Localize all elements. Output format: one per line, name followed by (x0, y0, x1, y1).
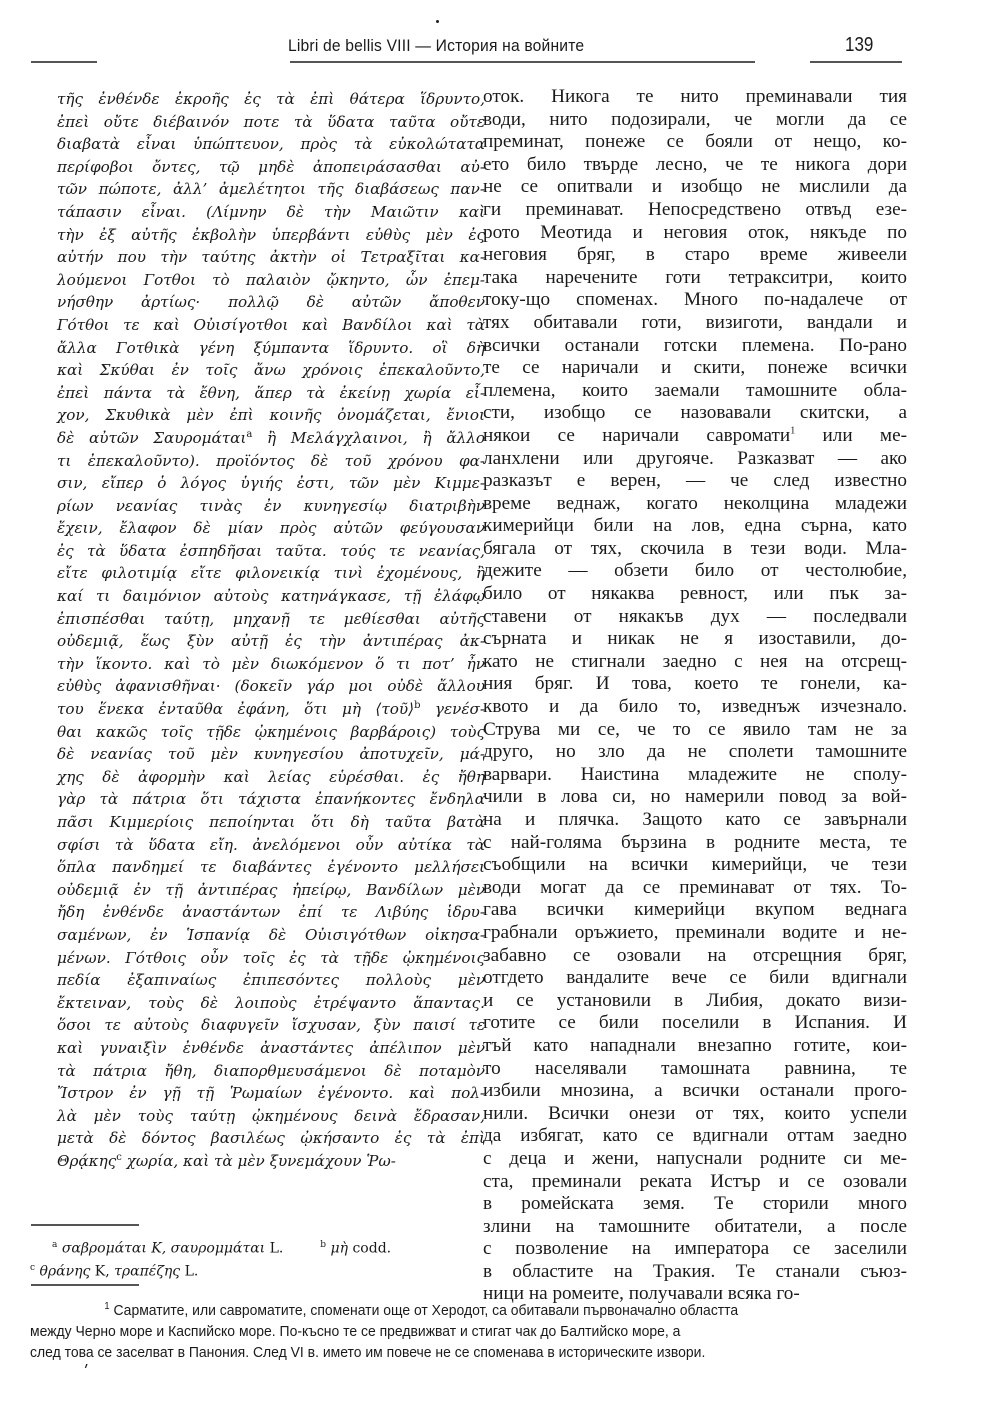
line-text: на и плячка. Защото като се завърнали (483, 809, 907, 830)
text-line: μένων. Γότθοις οὖν τοῖς ἐς τὰ τῇδε ᾠκημέ… (57, 947, 485, 970)
line-text: νήσθην ἀρτίως· πολλῷ δὲ αὐτῶν ἄποθεν (57, 293, 485, 311)
line-text: του ἕνεκα ἐνταῦθα ἐφάνη, ὅτι μὴ ⟨τοῦ⟩ (57, 700, 414, 718)
line-text: води, нито подозирали, че могли да се (483, 109, 907, 130)
footnote-rule (31, 1284, 139, 1286)
text-line: σιν, εἴπερ ὁ λόγος ὑγιής ἐστι, τῶν μὲν Κ… (57, 472, 485, 495)
line-text: πᾶσι Κιμμερίοις πεποίηνται ὅτι δὴ ταῦτα … (57, 813, 485, 831)
line-text: ланхлени или другояче. Разказват — ако (483, 448, 907, 469)
text-line: тъй като нападнали внезапно готите, кои- (483, 1035, 907, 1058)
apparatus-line-1: a σαβρομάται K, σαυρομμάται L. b μὴ codd… (30, 1236, 480, 1259)
line-text: ето било твърде лесно, че те никога дори (483, 154, 907, 175)
manuscript-siglum: codd. (348, 1241, 391, 1257)
manuscript-siglum: L. (265, 1241, 283, 1257)
text-line: γὰρ τὰ πάτρια ὅτι τάχιστα ἐπανήκοντες ἔν… (57, 788, 485, 811)
line-text: Γότθοι τε καὶ Οὐισίγοτθοι καὶ Βανδίλοι κ… (57, 316, 485, 334)
line-text: τῆς ἐνθένδε ἐκροῆς ἐς τὰ ἐπὶ θάτερα ἵδρυ… (57, 90, 485, 108)
header-rule-center (290, 61, 755, 63)
text-line: δὲ νεανίας τοῦ μὲν κυνηγεσίου ἀποτυχεῖν,… (57, 743, 485, 766)
line-text: μετὰ δὲ δόντος βασιλέως ᾠκήσαντο ἐς τὰ ἐ… (57, 1129, 485, 1147)
line-text: πεδία ἐξαπιναίως ἐπιπεσόντες πολλοὺς μὲν (57, 971, 485, 989)
text-line: Ἴστρον ἐν γῇ τῇ Ῥωμαίων ἐγένοντο. καὶ πο… (57, 1082, 485, 1105)
line-text: преминат, понеже се бояли от нещо, ко- (483, 131, 907, 152)
line-text: σιν, εἴπερ ὁ λόγος ὑγιής ἐστι, τῶν μὲν Κ… (57, 474, 485, 492)
line-text: αὐτήν που τὴν ταύτης ἀκτὴν οἱ Τετραξῖται… (57, 248, 485, 266)
text-line: кимерийци били на лов, една сърна, като (483, 515, 907, 538)
translator-footnote: 1 Сарматите, или савроматите, споменати … (30, 1296, 848, 1363)
line-text: σφίσι τὰ ὕδατα εἴη. ἀνελόμενοι οὖν αὐτίκ… (57, 836, 485, 854)
text-line: Γότθοι τε καὶ Οὐισίγοτθοι καὶ Βανδίλοι κ… (57, 314, 485, 337)
line-text: забавно се озовали на отсрещния бряг, (483, 945, 907, 966)
line-text: τὴν ἵκοντο. καὶ τὸ μὲν διωκόμενον ὅ τι π… (57, 655, 485, 673)
text-line: сти, изобщо се назовавали скитски, а (483, 402, 907, 425)
text-line: току-що споменах. Много по-надалече от (483, 289, 907, 312)
text-line: ἐπισπέσθαι ταύτῃ, μηχανῇ τε μεθίεσθαι αὐ… (57, 608, 485, 631)
line-text: ния бряг. И това, което те гонели, ка- (483, 673, 907, 694)
line-text: ἔχειν, ἔλαφον δὲ μίαν πρὸς αὐτῶν φεύγουσ… (57, 519, 485, 537)
line-text: γενέσ- (420, 700, 485, 718)
line-text: кимерийци били на лов, една сърна, като (483, 515, 907, 536)
line-text: δὲ αὐτῶν Σαυρομάται (57, 429, 246, 447)
header-rule-right (810, 61, 902, 63)
text-line: било от някаква ревност, или пък за- (483, 583, 907, 606)
line-text: тях обитавали готи, визиготи, вандали и (483, 312, 907, 333)
line-text: то населявали тамошната равнина, те (483, 1058, 907, 1079)
line-text: те се наричали и скити, понеже всички (483, 357, 907, 378)
line-text: τὴν ἐξ αὐτῆς ἐκβολὴν ὑπερβάντι εὐθὺς μὲν… (57, 226, 485, 244)
line-text: ἔκτειναν, τοὺς δὲ λοιποὺς ἐτρέψαντο ἅπαν… (57, 994, 485, 1012)
text-line: καί τι δαιμόνιον αὐτοὺς κατηνάγκασε, τῇ … (57, 585, 485, 608)
apparatus-line-2: c θράνης K, τραπέζης L. (30, 1259, 480, 1282)
line-text: ги преминават. Непосредствено отвъд езе- (483, 199, 907, 220)
line-text: ста, преминали реката Истър и се озовали (483, 1171, 907, 1192)
line-text: друго, но зло да не сполети тамошните (483, 741, 907, 762)
line-text: като не стигнали заедно с нея на отсрещ- (483, 651, 907, 672)
text-line: πεδία ἐξαπιναίως ἐπιπεσόντες πολλοὺς μὲν (57, 969, 485, 992)
text-line: τὰ πάτρια ἤθη, διαπορθμευσάμενοι δὲ ποτα… (57, 1060, 485, 1083)
line-text: Θρᾴκης (57, 1152, 116, 1170)
text-line: съобщили на всички кимерийци, че тези (483, 854, 907, 877)
text-line: разказът е верен, — че след известно (483, 470, 907, 493)
variant-reading: μὴ (331, 1241, 349, 1257)
line-text: καὶ γυναιξὶν ἐνθένδε ἀναστάντες ἀπέλιπον… (57, 1039, 485, 1057)
line-text: μένων. Γότθοις οὖν τοῖς ἐς τὰ τῇδε ᾠκημέ… (57, 949, 485, 967)
book-page: Libri de bellis VIII — История на войнит… (0, 0, 1000, 1407)
text-line: те се наричали и скити, понеже всички (483, 357, 907, 380)
text-line: варвари. Наистина младежите не сполу- (483, 764, 907, 787)
text-line: ги преминават. Непосредствено отвъд езе- (483, 199, 907, 222)
text-line: καὶ Σκύθαι ἐν τοῖς ἄνω χρόνοις ἐπεκαλοῦν… (57, 359, 485, 382)
text-line: οὐδεμιᾷ, ἕως ξὺν αὐτῇ ἐς τὴν ἀντιπέρας ἀ… (57, 630, 485, 653)
text-line: друго, но зло да не сполети тамошните (483, 741, 907, 764)
line-text: τάπασιν εἶναι. (Λίμνην δὲ τὴν Μαιῶτιν κα… (57, 203, 485, 221)
line-text: варвари. Наистина младежите не сполу- (483, 764, 907, 785)
text-line: τάπασιν εἶναι. (Λίμνην δὲ τὴν Μαιῶτιν κα… (57, 201, 485, 224)
manuscript-siglum: K, (90, 1263, 109, 1279)
apparatus-marker-c: c (30, 1263, 35, 1273)
text-line: води, нито подозирали, че могли да се (483, 109, 907, 132)
variant-reading: σαβρομάται (62, 1241, 147, 1257)
line-text: χης δὲ ἀφορμὴν καὶ λείας εὑρέσθαι. ἐς ἤθ… (57, 768, 485, 786)
text-line: σαμένων, ἐν Ἱσπανίᾳ δὲ Οὐισιγότθων οἰκησ… (57, 924, 485, 947)
text-line: в ромейската земя. Те сторили много (483, 1193, 907, 1216)
text-line: πᾶσι Κιμμερίοις πεποίηνται ὅτι δὴ ταῦτα … (57, 811, 485, 834)
page-number: 139 (845, 34, 873, 57)
text-line: ἐπεὶ οὔτε διέβαινόν ποτε τὰ ὕδατα ταῦτα … (57, 111, 485, 134)
text-line: Θρᾴκηςc χωρία, καὶ τὰ μὲν ξυνεμάχουν Ῥω- (57, 1150, 485, 1173)
text-line: ἐς τὰ ὕδατα ἐσπηδῆσαι ταῦτα. τούς τε νεα… (57, 540, 485, 563)
text-line: дежите — обзети било от честолюбие, (483, 560, 907, 583)
text-line: ния бряг. И това, което те гонели, ка- (483, 673, 907, 696)
line-text: съобщили на всички кимерийци, че тези (483, 854, 907, 875)
text-line: оток. Никога те нито преминавали тия (483, 86, 907, 109)
text-line: с позволение на императора се заселили (483, 1238, 907, 1261)
stray-print-mark: ʹ (84, 1362, 88, 1381)
text-line: νήσθην ἀρτίως· πολλῷ δὲ αὐτῶν ἄποθεν (57, 291, 485, 314)
text-line: на и плячка. Защото като се завърнали (483, 809, 907, 832)
text-line: като не стигнали заедно с нея на отсрещ- (483, 651, 907, 674)
line-text: чили в лова си, но намерили повод за вой… (483, 786, 907, 807)
line-text: περίφοβοι ὄντες, τῷ μηδὲ ἀποπειράσασθαι … (57, 158, 485, 176)
text-line: λὰ μὲν τοὺς ταύτῃ ᾠκημένους δεινὰ ἔδρασα… (57, 1105, 485, 1128)
text-line: τῶν πώποτε, ἀλλ’ ἀμελέτητοι τῆς διαβάσεω… (57, 178, 485, 201)
header-rule-left (31, 61, 97, 63)
text-line: време веднаж, когато неколцина младежи (483, 493, 907, 516)
line-text: така наречените готи тетракситри, които (483, 267, 907, 288)
text-line: Струва ми се, че то се явило там не за (483, 719, 907, 742)
line-text: Струва ми се, че то се явило там не за (483, 719, 907, 740)
variant-reading: σαυρομμάται (166, 1241, 265, 1257)
line-text: готите се били поселили в Испания. И (483, 1012, 907, 1033)
text-line: τὴν ἵκοντο. καὶ τὸ μὲν διωκόμενον ὅ τι π… (57, 653, 485, 676)
line-text: ὅσοι τε αὐτοὺς διαφυγεῖν ἴσχυσαν, ξὺν πα… (57, 1016, 485, 1034)
line-text: Ἴστρον ἐν γῇ τῇ Ῥωμαίων ἐγένοντο. καὶ πο… (57, 1084, 485, 1102)
variant-reading: τραπέζης (110, 1263, 180, 1279)
line-text: εἴτε φιλοτιμίᾳ εἴτε φιλονεικίᾳ τινὶ ἐχομ… (57, 564, 485, 582)
text-line: περίφοβοι ὄντες, τῷ μηδὲ ἀποπειράσασθαι … (57, 156, 485, 179)
text-line: χον, Σκυθικὰ μὲν ἐπὶ κοινῆς ὀνομάζεται, … (57, 404, 485, 427)
line-text: и се установили в Либия, докато визи- (483, 990, 907, 1011)
line-text: καὶ Σκύθαι ἐν τοῖς ἄνω χρόνοις ἐπεκαλοῦν… (57, 361, 485, 379)
running-title: Libri de bellis VIII — История на войнит… (288, 36, 584, 56)
text-line: бягала от тях, скочила в тези води. Мла- (483, 538, 907, 561)
text-line: θαι κακῶς τοῖς τῇδε ᾠκημένοις βαρβάροις)… (57, 721, 485, 744)
text-line: отгдето вандалите вече се били вдигнали (483, 967, 907, 990)
footnote-line-1: 1 Сарматите, или савроматите, споменати … (30, 1296, 848, 1321)
apparatus-rule-top (31, 1224, 139, 1226)
text-line: забавно се озовали на отсрещния бряг, (483, 945, 907, 968)
text-line: ὅσοι τε αὐτοὺς διαφυγεῖν ἴσχυσαν, ξὺν πα… (57, 1014, 485, 1037)
apparatus-ref-c: c (116, 1152, 122, 1163)
text-line: τι ἐπεκαλοῦντο). προϊόντος δὲ τοῦ χρόνου… (57, 450, 485, 473)
line-text: ἐς τὰ ὕδατα ἐσπηδῆσαι ταῦτα. τούς τε νεα… (57, 542, 485, 560)
text-line: гава всички кимерийци вкупом веднага (483, 899, 907, 922)
apparatus-marker-a: a (52, 1240, 57, 1250)
line-text: θαι κακῶς τοῖς τῇδε ᾠκημένοις βαρβάροις)… (57, 723, 485, 741)
text-line: готите се били поселили в Испания. И (483, 1012, 907, 1035)
text-line: δὲ αὐτῶν Σαυρομάταιa ἢ Μελάγχλαινοι, ἢ ἄ… (57, 427, 485, 450)
line-text: рото Меотида и неговия оток, някъде по (483, 222, 907, 243)
line-text: οὐδεμιᾷ ἐν τῇ ἀντιπέρας ἠπείρῳ, Βανδίλων… (57, 881, 485, 899)
line-text: ἤδη ἐνθένδε ἀναστάντων ἐπί τε Λιβύης ἱδρ… (57, 903, 485, 921)
line-text: σαμένων, ἐν Ἱσπανίᾳ δὲ Οὐισιγότθων οἰκησ… (57, 926, 485, 944)
line-text: било от някаква ревност, или пък за- (483, 583, 907, 604)
line-text: гава всички кимерийци вкупом веднага (483, 899, 907, 920)
line-text: с деца и жени, напуснали родните си ме- (483, 1148, 907, 1169)
line-text: води могат да се преминават от тях. То- (483, 877, 907, 898)
text-line: и се установили в Либия, докато визи- (483, 990, 907, 1013)
line-text: дежите — обзети било от честолюбие, (483, 560, 907, 581)
text-line: διαβατὰ εἶναι ὑπώπτευον, πρὸς τὰ εὐκολώτ… (57, 133, 485, 156)
variant-reading: θράνης (40, 1263, 91, 1279)
text-line: то населявали тамошната равнина, те (483, 1058, 907, 1081)
text-line: сърната и никак не я изоставили, до- (483, 628, 907, 651)
text-line: ἤδη ἐνθένδε ἀναστάντων ἐπί τε Λιβύης ἱδρ… (57, 901, 485, 924)
text-line: грабнали оръжието, преминали водите и не… (483, 922, 907, 945)
text-line: някои се наричали савромати1 или ме- (483, 425, 907, 448)
footnote-text: Сарматите, или савроматите, споменати ощ… (110, 1302, 739, 1319)
line-text: τῶν πώποτε, ἀλλ’ ἀμελέτητοι τῆς διαβάσεω… (57, 180, 485, 198)
line-text: тъй като нападнали внезапно готите, кои- (483, 1035, 907, 1056)
text-line: ланхлени или другояче. Разказват — ако (483, 448, 907, 471)
text-line: чили в лова си, но намерили повод за вой… (483, 786, 907, 809)
text-line: всички останали готски племена. По-рано (483, 335, 907, 358)
text-line: εὐθὺς ἀφανισθῆναι· (δοκεῖν γάρ μοι οὐδὲ … (57, 675, 485, 698)
line-text: сърната и никак не я изоставили, до- (483, 628, 907, 649)
line-text: племена, които заемали тамошните обла- (483, 380, 907, 401)
line-text: λὰ μὲν τοὺς ταύτῃ ᾠκημένους δεινὰ ἔδρασα… (57, 1107, 485, 1125)
line-text: нили. Всички онези от тях, които успели (483, 1103, 907, 1124)
text-line: καὶ γυναιξὶν ἐνθένδε ἀναστάντες ἀπέλιπον… (57, 1037, 485, 1060)
text-line: ста, преминали реката Истър и се озовали (483, 1171, 907, 1194)
greek-text-column: τῆς ἐνθένδε ἐκροῆς ἐς τὰ ἐπὶ θάτερα ἵδρυ… (57, 88, 485, 1173)
line-text: избили мнозина, а всички останали прого- (483, 1080, 907, 1101)
text-line: ρίων νεανίας τινὰς ἐν κυνηγεσίῳ διατριβὴ… (57, 495, 485, 518)
text-line: племена, които заемали тамошните обла- (483, 380, 907, 403)
line-text: с позволение на императора се заселили (483, 1238, 907, 1259)
line-text: τὰ πάτρια ἤθη, διαπορθμευσάμενοι δὲ ποτα… (57, 1062, 485, 1080)
line-text: грабнали оръжието, преминали водите и не… (483, 922, 907, 943)
line-text: γὰρ τὰ πάτρια ὅτι τάχιστα ἐπανήκοντες ἔν… (57, 790, 485, 808)
line-text: τι ἐπεκαλοῦντο). προϊόντος δὲ τοῦ χρόνου… (57, 452, 485, 470)
text-line: тях обитавали готи, визиготи, вандали и (483, 312, 907, 335)
line-text: оток. Никога те нито преминавали тия (483, 86, 907, 107)
text-line: χης δὲ ἀφορμὴν καὶ λείας εὑρέσθαι. ἐς ἤθ… (57, 766, 485, 789)
line-text: διαβατὰ εἶναι ὑπώπτευον, πρὸς τὰ εὐκολώτ… (57, 135, 485, 153)
text-line: μετὰ δὲ δόντος βασιλέως ᾠκήσαντο ἐς τὰ ἐ… (57, 1127, 485, 1150)
text-line: οὐδεμιᾷ ἐν τῇ ἀντιπέρας ἠπείρῳ, Βανδίλων… (57, 879, 485, 902)
line-text: ρίων νεανίας τινὰς ἐν κυνηγεσίῳ διατριβὴ… (57, 497, 485, 515)
text-line: с деца и жени, напуснали родните си ме- (483, 1148, 907, 1171)
text-line: така наречените готи тетракситри, които (483, 267, 907, 290)
text-line: да избягат, като се вдигнали оттам заедн… (483, 1125, 907, 1148)
text-line: избили мнозина, а всички останали прого- (483, 1080, 907, 1103)
line-text: ὅπλα πανδημεί τε διαβάντες ἐγένοντο μελλ… (57, 858, 485, 876)
line-text: ἐπεὶ οὔτε διέβαινόν ποτε τὰ ὕδατα ταῦτα … (57, 113, 485, 131)
text-line: преминат, понеже се бояли от нещо, ко- (483, 131, 907, 154)
text-line: в областите на Тракия. Те станали съюз- (483, 1261, 907, 1284)
bulgarian-translation-column: оток. Никога те нито преминавали тияводи… (483, 86, 907, 1306)
line-text: εὐθὺς ἀφανισθῆναι· (δοκεῖν γάρ μοι οὐδὲ … (57, 677, 485, 695)
line-text: ἢ Μελάγχλαινοι, ἢ ἄλλο (252, 429, 485, 447)
text-line: αὐτήν που τὴν ταύτης ἀκτὴν οἱ Τετραξῖται… (57, 246, 485, 269)
text-line: неговия бряг, в старо време живеели (483, 244, 907, 267)
line-text: с най-голяма бързина в родните места, те (483, 832, 907, 853)
line-text: не се опитвали и изобщо не мислили да (483, 176, 907, 197)
text-line: ставени от някакъв дух — последвали (483, 606, 907, 629)
apparatus-marker-b: b (320, 1240, 326, 1250)
line-text: да избягат, като се вдигнали оттам заедн… (483, 1125, 907, 1146)
text-line: злини на тамошните обитатели, а после (483, 1216, 907, 1239)
line-text: отгдето вандалите вече се били вдигнали (483, 967, 907, 988)
line-text: сти, изобщо се назовавали скитски, а (483, 402, 907, 423)
line-text: злини на тамошните обитатели, а после (483, 1216, 907, 1237)
text-line: не се опитвали и изобщо не мислили да (483, 176, 907, 199)
critical-apparatus: a σαβρομάται K, σαυρομμάται L. b μὴ codd… (30, 1236, 480, 1281)
line-text: или ме- (795, 425, 907, 446)
footnote-line-3: след това се заселват в Панония. След VI… (30, 1342, 848, 1363)
text-line: τὴν ἐξ αὐτῆς ἐκβολὴν ὑπερβάντι εὐθὺς μὲν… (57, 224, 485, 247)
line-text: току-що споменах. Много по-надалече от (483, 289, 907, 310)
text-line: τῆς ἐνθένδε ἐκροῆς ἐς τὰ ἐπὶ θάτερα ἵδρυ… (57, 88, 485, 111)
print-dot (436, 20, 439, 23)
text-line: ἄλλα Γοτθικὰ γένη ξύμπαντα ἵδρυντο. οἳ δ… (57, 337, 485, 360)
text-line: рото Меотида и неговия оток, някъде по (483, 222, 907, 245)
line-text: всички останали готски племена. По-рано (483, 335, 907, 356)
line-text: οὐδεμιᾷ, ἕως ξὺν αὐτῇ ἐς τὴν ἀντιπέρας ἀ… (57, 632, 485, 650)
line-text: в областите на Тракия. Те станали съюз- (483, 1261, 907, 1282)
text-line: ето било твърде лесно, че те никога дори (483, 154, 907, 177)
text-line: води могат да се преминават от тях. То- (483, 877, 907, 900)
line-text: χον, Σκυθικὰ μὲν ἐπὶ κοινῆς ὀνομάζεται, … (57, 406, 485, 424)
manuscript-siglum: L. (180, 1263, 198, 1279)
text-line: λούμενοι Γοτθοι τὸ παλαιὸν ᾤκηντο, ὧν ἐπ… (57, 269, 485, 292)
line-text: λούμενοι Γοτθοι τὸ παλαιὸν ᾤκηντο, ὧν ἐπ… (57, 271, 485, 289)
text-line: ἔχειν, ἔλαφον δὲ μίαν πρὸς αὐτῶν φεύγουσ… (57, 517, 485, 540)
line-text: бягала от тях, скочила в тези води. Мла- (483, 538, 907, 559)
text-line: ἐπεὶ πάντα τὰ ἔθνη, ἅπερ τὰ ἐκείνῃ χωρία… (57, 382, 485, 405)
text-line: квото и да било то, изведнъж изчезнало. (483, 696, 907, 719)
line-text: χωρία, καὶ τὰ μὲν ξυνεμάχουν Ῥω- (127, 1152, 396, 1170)
line-text: разказът е верен, — че след известно (483, 470, 907, 491)
line-text: καί τι δαιμόνιον αὐτοὺς κατηνάγκασε, τῇ … (57, 587, 485, 605)
footnote-line-2: между Черно море и Каспийско море. По-къ… (30, 1321, 848, 1342)
line-text: неговия бряг, в старо време живеели (483, 244, 907, 265)
text-line: ὅπλα πανδημεί τε διαβάντες ἐγένοντο μελλ… (57, 856, 485, 879)
line-text: δὲ νεανίας τοῦ μὲν κυνηγεσίου ἀποτυχεῖν,… (57, 745, 485, 763)
text-line: του ἕνεκα ἐνταῦθα ἐφάνη, ὅτι μὴ ⟨τοῦ⟩b γ… (57, 698, 485, 721)
line-text: някои се наричали савромати (483, 425, 790, 446)
text-line: εἴτε φιλοτιμίᾳ εἴτε φιλονεικίᾳ τινὶ ἐχομ… (57, 562, 485, 585)
line-text: време веднаж, когато неколцина младежи (483, 493, 907, 514)
line-text: ἐπισπέσθαι ταύτῃ, μηχανῇ τε μεθίεσθαι αὐ… (57, 610, 485, 628)
page-header: Libri de bellis VIII — История на войнит… (0, 34, 1000, 58)
manuscript-siglum: K, (147, 1241, 166, 1257)
line-text: квото и да било то, изведнъж изчезнало. (483, 696, 907, 717)
text-line: σφίσι τὰ ὕδατα εἴη. ἀνελόμενοι οὖν αὐτίκ… (57, 834, 485, 857)
line-text: в ромейската земя. Те сторили много (483, 1193, 907, 1214)
text-line: ἔκτειναν, τοὺς δὲ λοιποὺς ἐτρέψαντο ἅπαν… (57, 992, 485, 1015)
line-text: ἐπεὶ πάντα τὰ ἔθνη, ἅπερ τὰ ἐκείνῃ χωρία… (57, 384, 485, 402)
text-line: нили. Всички онези от тях, които успели (483, 1103, 907, 1126)
text-line: с най-голяма бързина в родните места, те (483, 832, 907, 855)
line-text: ἄλλα Γοτθικὰ γένη ξύμπαντα ἵδρυντο. οἳ δ… (57, 339, 485, 357)
line-text: ставени от някакъв дух — последвали (483, 606, 907, 627)
